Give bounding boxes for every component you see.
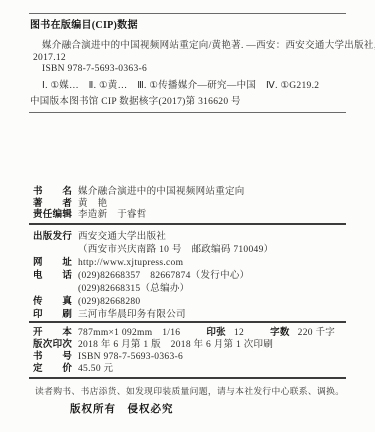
specs-bottom-rule bbox=[29, 377, 346, 379]
phone-line2: (029)82668315（总编办） bbox=[78, 284, 189, 295]
author-label: 著 者 bbox=[33, 199, 73, 210]
cip-isbn: ISBN 978-7-5693-0363-6 bbox=[42, 64, 147, 75]
words-label: 字数 bbox=[270, 328, 290, 338]
fax-label: 传 真 bbox=[33, 297, 73, 308]
publisher-value: 西安交通大学出版社 bbox=[78, 232, 166, 242]
edition-label: 版次印次 bbox=[33, 340, 73, 351]
reader-notice: 读者购书、书店添货、如发现印装质量问题，请与本社发行中心联系、调换。 bbox=[35, 386, 344, 397]
price-row: 定 价45.50 元 bbox=[33, 364, 113, 375]
website-value: http://www.xjtupress.com bbox=[78, 258, 183, 268]
format-label: 开 本 bbox=[33, 328, 73, 339]
website-row: 网 址http://www.xjtupress.com bbox=[33, 258, 183, 269]
printer-label: 印 刷 bbox=[33, 310, 73, 321]
editor-value: 李造新 于睿哲 bbox=[78, 210, 147, 220]
price-label: 定 价 bbox=[33, 364, 73, 375]
sheets-label: 印张 bbox=[206, 328, 226, 338]
cip-heading: 图书在版编目(CIP)数据 bbox=[30, 20, 138, 31]
cip-registry: 中国版本图书馆 CIP 数据核字(2017)第 316620 号 bbox=[30, 97, 241, 108]
cip-entry-line2: 2017.12 bbox=[33, 53, 66, 64]
publishing-top-rule bbox=[29, 223, 346, 225]
book-title-label: 书 名 bbox=[33, 187, 73, 198]
phone-value: (029)82668357 82667874（发行中心） bbox=[78, 271, 249, 281]
book-title-value: 媒介融合演进中的中国视频网站重定向 bbox=[78, 187, 245, 197]
colophon-page: 图书在版编目(CIP)数据 媒介融合演进中的中国视频网站重定向/黄艳著. —西安… bbox=[0, 0, 375, 432]
author-value: 黄 艳 bbox=[78, 199, 107, 209]
phone-label: 电 话 bbox=[33, 271, 73, 282]
author-row: 著 者黄 艳 bbox=[33, 199, 107, 210]
publisher-label: 出版发行 bbox=[33, 232, 73, 243]
fax-row: 传 真(029)82668280 bbox=[33, 297, 140, 308]
printer-row: 印 刷三河市华晨印务有限公司 bbox=[33, 310, 186, 321]
editor-row: 责任编辑李造新 于睿哲 bbox=[33, 210, 147, 221]
edition-row: 版次印次2018 年 6 月第 1 版 2018 年 6 月第 1 次印刷 bbox=[33, 340, 273, 351]
publisher-row: 出版发行西安交通大学出版社 bbox=[33, 232, 166, 243]
cip-entry-line1: 媒介融合演进中的中国视频网站重定向/黄艳著. —西安：西安交通大学出版社， bbox=[42, 41, 375, 52]
book-number-value: ISBN 978-7-5693-0363-6 bbox=[78, 352, 183, 362]
price-value: 45.50 元 bbox=[78, 364, 113, 374]
book-title-row: 书 名媒介融合演进中的中国视频网站重定向 bbox=[33, 187, 245, 198]
printer-value: 三河市华晨印务有限公司 bbox=[78, 310, 186, 320]
words-value: 220 千字 bbox=[298, 328, 335, 338]
phone-row: 电 话(029)82668357 82667874（发行中心） bbox=[33, 271, 249, 282]
cip-bottom-rule bbox=[29, 112, 346, 113]
publisher-address: （西安市兴庆南路 10 号 邮政编码 710049） bbox=[78, 245, 273, 256]
book-number-row: 书 号ISBN 978-7-5693-0363-6 bbox=[33, 352, 183, 363]
format-size: 787mm×1 092mm 1/16 bbox=[78, 328, 180, 338]
format-row: 开 本787mm×1 092mm 1/16印张12字数220 千字 bbox=[33, 328, 335, 339]
cip-classification: Ⅰ. ①媒… Ⅱ. ①黄… Ⅲ. ①传播媒介—研究—中国 Ⅳ. ①G219.2 bbox=[42, 81, 319, 92]
edition-value: 2018 年 6 月第 1 版 2018 年 6 月第 1 次印刷 bbox=[78, 340, 273, 350]
sheets-value: 12 bbox=[234, 328, 244, 338]
editor-label: 责任编辑 bbox=[33, 210, 73, 221]
book-number-label: 书 号 bbox=[33, 352, 73, 363]
fax-value: (029)82668280 bbox=[78, 297, 140, 307]
top-rule bbox=[29, 13, 346, 14]
website-label: 网 址 bbox=[33, 258, 73, 269]
copyright-statement: 版权所有 侵权必究 bbox=[70, 404, 174, 415]
specs-top-rule bbox=[29, 321, 346, 323]
